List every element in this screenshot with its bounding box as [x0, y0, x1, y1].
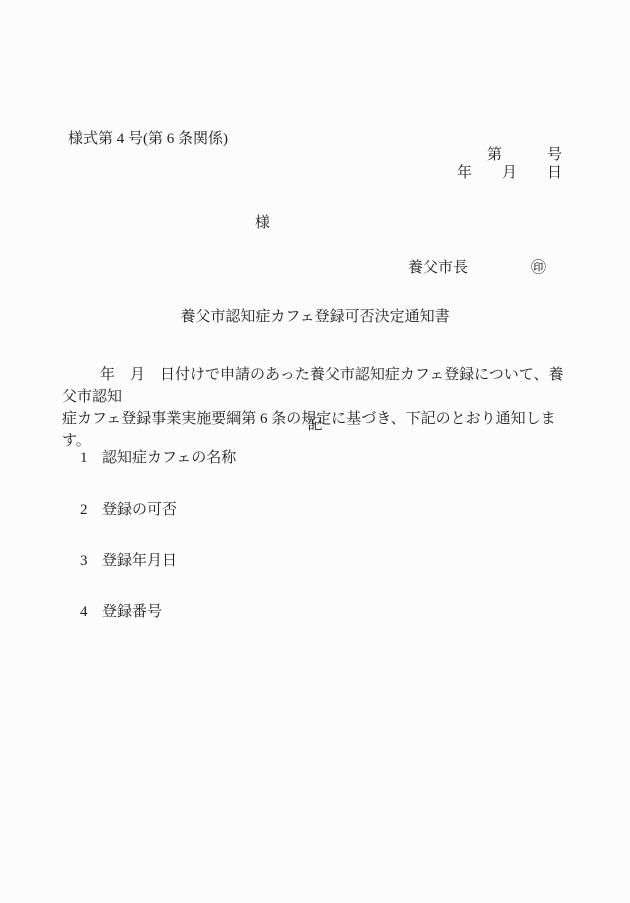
item-number: 3 [80, 554, 102, 569]
addressee-honorific: 様 [255, 216, 270, 231]
list-item: 3登録年月日 [80, 554, 177, 569]
item-number: 2 [80, 503, 102, 518]
item-number: 1 [80, 451, 102, 466]
list-item: 4登録番号 [80, 605, 162, 620]
item-label: 登録年月日 [102, 553, 177, 569]
item-label: 登録の可否 [102, 502, 177, 518]
record-heading: 記 [0, 418, 630, 433]
seal-mark-icon: ㊞ [531, 261, 546, 276]
item-label: 登録番号 [102, 604, 162, 620]
document-number-line: 第 号 [487, 148, 562, 163]
sender-row: 養父市長 ㊞ [408, 261, 546, 276]
item-label: 認知症カフェの名称 [102, 450, 236, 466]
date-line: 年 月 日 [457, 166, 562, 181]
list-item: 2登録の可否 [80, 503, 177, 518]
document-page: { "page": { "background_color": "#fcfcfc… [0, 0, 630, 903]
form-number-label: 様式第 4 号(第 6 条関係) [68, 132, 228, 147]
item-number: 4 [80, 605, 102, 620]
list-item: 1認知症カフェの名称 [80, 451, 236, 466]
sender-title: 養父市長 [408, 261, 468, 276]
body-paragraph: 年 月 日付けで申請のあった養父市認知症カフェ登録について、養父市認知 症カフェ… [62, 364, 572, 452]
body-line-1: 年 月 日付けで申請のあった養父市認知症カフェ登録について、養父市認知 [62, 364, 572, 408]
document-title: 養父市認知症カフェ登録可否決定通知書 [0, 310, 630, 325]
